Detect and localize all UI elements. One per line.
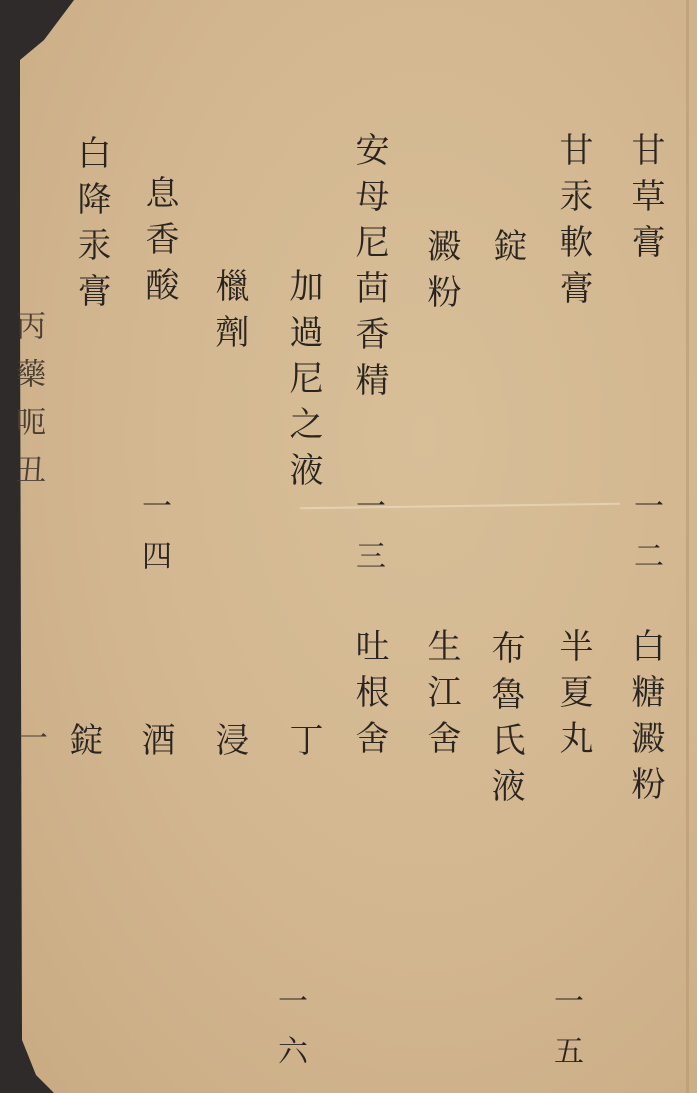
edge-partial-text: 一 <box>14 722 44 770</box>
entry-text: 錠 <box>490 228 524 274</box>
entry-text: 酒 <box>138 722 172 768</box>
entry-text: 㯿劑 <box>212 268 246 360</box>
entry-text: 澱粉 <box>424 228 458 320</box>
page-number: 一六 <box>274 985 304 1085</box>
entry-text: 布魯氏液 <box>488 630 522 814</box>
page-number: 一五 <box>550 985 580 1085</box>
entry-text: 息香酸 <box>142 175 176 313</box>
entry-text: 丁 <box>286 722 320 768</box>
entry-text: 吐根舍 <box>352 628 386 766</box>
entry-text: 錠 <box>66 722 100 768</box>
entry-text: 甘草膏 <box>628 132 662 270</box>
entry-text: 白降汞膏 <box>74 135 108 319</box>
page-number: 一四 <box>138 490 168 590</box>
entry-text: 生江舍 <box>424 628 458 766</box>
entry-text: 浸 <box>212 722 246 768</box>
entry-text: 安母尼茴香精 <box>352 132 386 408</box>
entry-text: 加過尼之液 <box>286 268 320 498</box>
page-right-edge <box>686 0 689 1093</box>
page-number: 一三 <box>352 490 382 590</box>
edge-partial-text: 丙藥呃丑 <box>12 310 42 502</box>
entry-text: 甘汞軟膏 <box>556 132 590 316</box>
page-number: 一二 <box>630 490 660 590</box>
entry-text: 半夏丸 <box>556 628 590 766</box>
entry-text: 白糖澱粉 <box>628 628 662 812</box>
